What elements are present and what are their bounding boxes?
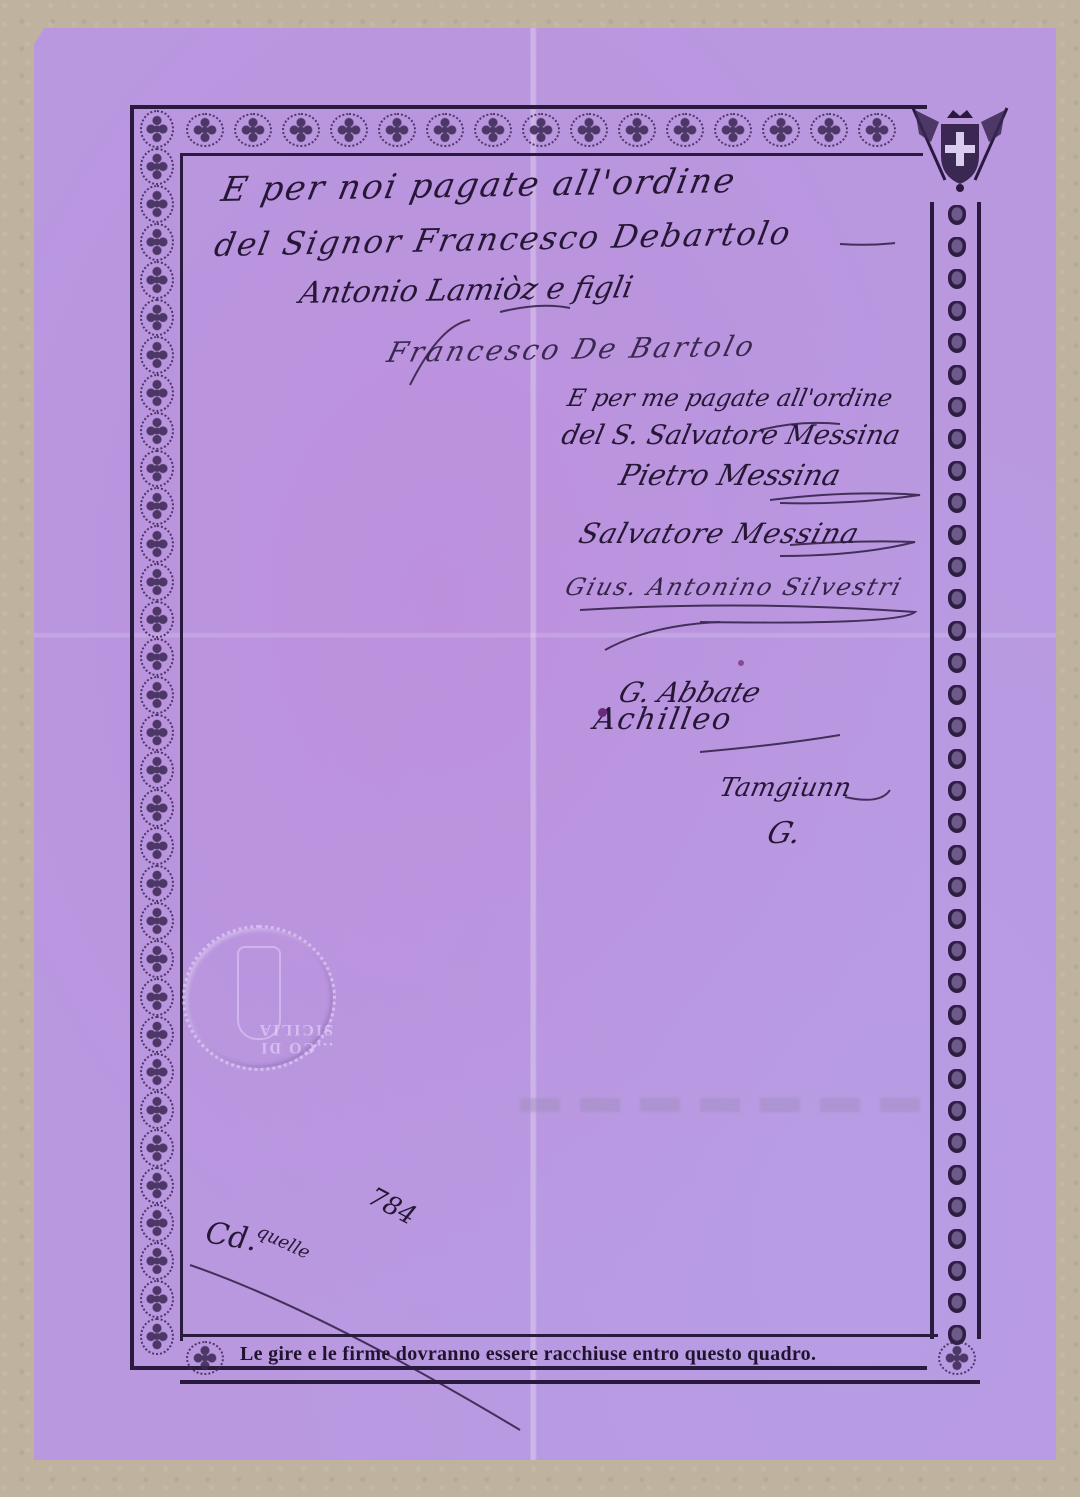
- rosette-ornament-icon: [140, 450, 174, 488]
- seal-text: ...CO DI SICILIA: [185, 1020, 333, 1056]
- rosette-ornament-icon: [140, 940, 174, 978]
- urn-ornament-icon: [948, 717, 966, 737]
- ink-spot: [598, 708, 607, 717]
- urn-ornament-icon: [948, 1293, 966, 1313]
- left-ornament-band: [136, 110, 178, 1355]
- top-ornament-band: [186, 110, 896, 150]
- rosette-ornament-icon: [714, 113, 752, 147]
- rosette-ornament-icon: [140, 1053, 174, 1091]
- rosette-ornament-icon: [140, 865, 174, 903]
- rosette-ornament-icon: [810, 113, 848, 147]
- rosette-ornament-icon: [140, 978, 174, 1016]
- urn-ornament-icon: [948, 237, 966, 257]
- urn-ornament-icon: [948, 557, 966, 577]
- urn-ornament-icon: [948, 525, 966, 545]
- rosette-ornament-icon: [938, 1341, 976, 1375]
- rosette-ornament-icon: [186, 113, 224, 147]
- rosette-ornament-icon: [140, 336, 174, 374]
- urn-ornament-icon: [948, 973, 966, 993]
- urn-ornament-icon: [948, 1069, 966, 1089]
- savoy-coat-of-arms-icon: [905, 100, 1015, 195]
- caption-rule-top: [183, 1334, 938, 1337]
- urn-ornament-icon: [948, 621, 966, 641]
- urn-ornament-icon: [948, 461, 966, 481]
- ink-spot: [738, 660, 744, 666]
- urn-ornament-icon: [948, 589, 966, 609]
- rosette-ornament-icon: [140, 751, 174, 789]
- rosette-ornament-icon: [522, 113, 560, 147]
- urn-ornament-icon: [948, 685, 966, 705]
- urn-ornament-icon: [948, 1005, 966, 1025]
- rosette-ornament-icon: [140, 374, 174, 412]
- rosette-ornament-icon: [140, 1204, 174, 1242]
- signature-achilleo: Achilleo: [591, 702, 736, 737]
- embossed-seal: ...CO DI SICILIA: [182, 925, 336, 1071]
- rosette-ornament-icon: [140, 299, 174, 337]
- rosette-ornament-icon: [186, 1341, 224, 1375]
- rosette-ornament-icon: [426, 113, 464, 147]
- rosette-ornament-icon: [140, 148, 174, 186]
- rosette-ornament-icon: [234, 113, 272, 147]
- urn-ornament-icon: [948, 365, 966, 385]
- caption-rule-bottom: [180, 1380, 980, 1384]
- urn-ornament-icon: [948, 653, 966, 673]
- urn-ornament-icon: [948, 877, 966, 897]
- rosette-ornament-icon: [140, 601, 174, 639]
- rosette-ornament-icon: [762, 113, 800, 147]
- rosette-ornament-icon: [140, 1129, 174, 1167]
- urn-ornament-icon: [948, 205, 966, 225]
- rosette-ornament-icon: [140, 1280, 174, 1318]
- signature-francesco-de-bartolo: Francesco De Bartolo: [384, 330, 760, 370]
- urn-ornament-icon: [948, 749, 966, 769]
- rosette-ornament-icon: [570, 113, 608, 147]
- rosette-ornament-icon: [140, 1167, 174, 1205]
- rosette-ornament-icon: [140, 487, 174, 525]
- urn-ornament-icon: [948, 1101, 966, 1121]
- urn-ornament-icon: [948, 269, 966, 289]
- urn-ornament-icon: [948, 1197, 966, 1217]
- signature-pietro-messina: Pietro Messina: [616, 458, 844, 492]
- rosette-ornament-icon: [140, 638, 174, 676]
- rosette-ornament-icon: [140, 412, 174, 450]
- urn-ornament-icon: [948, 301, 966, 321]
- endorsement-2-line-2: del S. Salvatore Messina: [559, 420, 903, 451]
- rosette-ornament-icon: [140, 223, 174, 261]
- rosette-ornament-icon: [378, 113, 416, 147]
- urn-ornament-icon: [948, 493, 966, 513]
- rosette-ornament-icon: [140, 185, 174, 223]
- rosette-ornament-icon: [474, 113, 512, 147]
- endorsement-1-signature: Antonio Lamiòz e figli: [297, 270, 636, 311]
- endorsement-2-line-1: E per me pagate all'ordine: [565, 384, 895, 412]
- right-ornament-band: [946, 205, 968, 1345]
- faint-bleedthrough-text: [520, 1098, 940, 1112]
- urn-ornament-icon: [948, 1229, 966, 1249]
- urn-ornament-icon: [948, 909, 966, 929]
- rosette-ornament-icon: [140, 525, 174, 563]
- rosette-ornament-icon: [858, 113, 896, 147]
- rosette-ornament-icon: [140, 110, 174, 148]
- rosette-ornament-icon: [140, 1091, 174, 1129]
- rosette-ornament-icon: [330, 113, 368, 147]
- rosette-ornament-icon: [140, 789, 174, 827]
- signature-silvestri: Gius. Antonino Silvestri: [562, 573, 906, 601]
- rosette-ornament-icon: [140, 1242, 174, 1280]
- rosette-ornament-icon: [140, 1016, 174, 1054]
- right-frame-rule: [930, 202, 934, 1339]
- urn-ornament-icon: [948, 941, 966, 961]
- urn-ornament-icon: [948, 1261, 966, 1281]
- rosette-ornament-icon: [618, 113, 656, 147]
- rosette-ornament-icon: [140, 902, 174, 940]
- urn-ornament-icon: [948, 813, 966, 833]
- urn-ornament-icon: [948, 333, 966, 353]
- rosette-ornament-icon: [140, 261, 174, 299]
- urn-ornament-icon: [948, 1165, 966, 1185]
- rosette-ornament-icon: [140, 1318, 174, 1356]
- inner-frame-border: [180, 153, 923, 1341]
- rosette-ornament-icon: [140, 563, 174, 601]
- urn-ornament-icon: [948, 781, 966, 801]
- urn-ornament-icon: [948, 1037, 966, 1057]
- signature-salvatore-messina: Salvatore Messina: [575, 517, 863, 550]
- right-frame-rule: [977, 202, 981, 1339]
- urn-ornament-icon: [948, 1133, 966, 1153]
- printed-caption: Le gire e le firme dovranno essere racch…: [240, 1343, 940, 1366]
- signature-tamgiunn: Tamgiunn: [717, 773, 854, 803]
- urn-ornament-icon: [948, 429, 966, 449]
- rosette-ornament-icon: [140, 714, 174, 752]
- urn-ornament-icon: [948, 397, 966, 417]
- rosette-ornament-icon: [140, 827, 174, 865]
- rosette-ornament-icon: [282, 113, 320, 147]
- urn-ornament-icon: [948, 845, 966, 865]
- rosette-ornament-icon: [140, 676, 174, 714]
- rosette-ornament-icon: [666, 113, 704, 147]
